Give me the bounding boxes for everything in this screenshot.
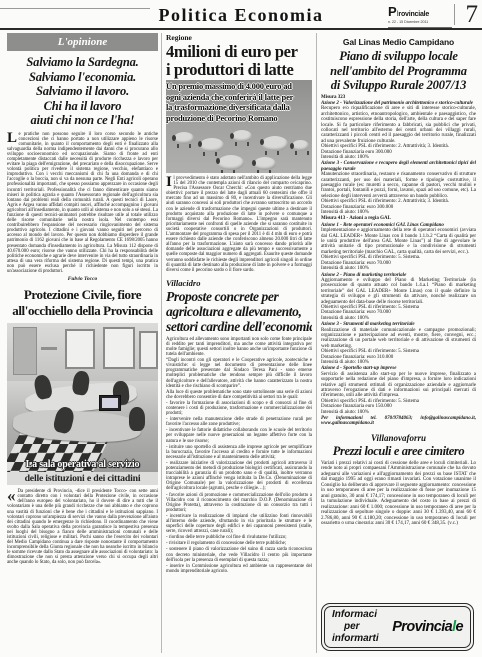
milk-body-text: l provvedimento è stato adottato nell'am… (166, 176, 312, 273)
kicker-villanovaforru: Villanovaforru (321, 433, 476, 443)
masthead-logo: Plrovinciale n. 22 - 15 Dicembre 2011 (388, 4, 452, 28)
gal-segment: Intensità di aiuto: 100% (321, 316, 476, 321)
photo-shape (103, 327, 135, 369)
opinion-label: L'opinione (7, 33, 158, 51)
provinciale-logo: Provinciale (392, 619, 463, 635)
photo-shape (262, 136, 288, 151)
column-middle: Regione 4milioni di euro per i produttor… (166, 33, 312, 653)
logo-text: lrovinciale (397, 11, 429, 18)
issue-date: n. 22 - 15 Dicembre 2011 (388, 21, 452, 25)
photo-shape (254, 157, 276, 170)
header-rule (0, 28, 482, 30)
logo-part: Provincia (392, 619, 452, 635)
photo-shape (232, 130, 252, 142)
gal-headline: Piano di sviluppo locale nell'ambito del… (321, 49, 476, 93)
column-divider (316, 33, 317, 653)
pageno-divider (454, 4, 455, 25)
gal-segment: Intensità di aiuto: 100% (321, 266, 476, 271)
logo-initial: P (388, 4, 397, 19)
kicker-villacidro: Villacidro (166, 278, 312, 288)
paragraph: - incentivare le fattorie didattiche col… (166, 428, 312, 443)
gal-body: Misura 323Azione 2 - Valorizzazione del … (321, 95, 476, 427)
gal-segment: Servizio di assistenza allo start-up per… (321, 372, 476, 399)
photo-shape (292, 140, 309, 151)
byline: Fulvio Tocco (7, 276, 158, 282)
paragraph: - inserire in Commissione agricoltura ed… (166, 564, 312, 574)
paragraph: - rivisitare il regolamento di concessio… (166, 541, 312, 546)
villacidro-headline: Proposte concrete per agricoltura e alle… (166, 289, 312, 334)
kicker-gal: Gal Linas Medio Campidano (321, 37, 476, 47)
paragraph: - intervenire nella manutenzione delle s… (166, 417, 312, 427)
gal-segment: Misura 323 (321, 95, 476, 100)
operations-room-photo: La sala operativa al servizio (7, 323, 158, 472)
gal-segment: Misura 413 - Azioni a regia GAL (321, 216, 476, 221)
paragraph: Alla luce di queste problematiche sono s… (166, 390, 312, 400)
ad-slogan-line2: per informarti (332, 621, 379, 644)
milk-body: Il provvedimento è stato adottato nell'a… (166, 176, 312, 273)
protezione-civile-text: Da presidente di Provincia, -dice il pre… (7, 489, 158, 565)
logo-part: e (456, 619, 463, 635)
gal-segment: Recupero e/o riqualificazione di aree e … (321, 106, 476, 144)
cimitero-body: Variati i prezzi relativi ai costi di ce… (321, 461, 476, 527)
photo-shape (65, 329, 95, 369)
villacidro-body: Agricoltura ed allevamento sono importan… (166, 337, 312, 574)
gal-segment: Azione 3 - Conservazione e recupero degl… (321, 161, 476, 172)
paragraph: - realizzare iniziative di valorizzazion… (166, 461, 312, 492)
gal-segment: Intensità di aiuto: 100% (321, 360, 476, 365)
photo-shape (129, 407, 145, 431)
paragraph: - favorire azioni di promozione e commer… (166, 493, 312, 513)
house-ad-inner: Informaci per informarti Provinciale (324, 606, 471, 648)
cimitero-headline: Prezzi loculi e aree cimitero (321, 444, 476, 458)
protezione-civile-headline: Protezione Civile, fiore all'occhiello d… (7, 287, 158, 318)
gal-segment: Per informazioni tel. 070/9784063; info@… (321, 416, 476, 427)
column-divider (161, 33, 162, 653)
protezione-civile-body: «Da presidente di Provincia, -dice il pr… (7, 489, 158, 565)
paragraph: - istituire uno sportello di assistenza … (166, 445, 312, 460)
column-right: Gal Linas Medio Campidano Piano di svilu… (321, 33, 476, 653)
gal-segment: Implementazione e aggiornamento della re… (321, 228, 476, 255)
sheep-photo: Un premio massimo di 4.000 euro ad ogni … (166, 80, 312, 173)
photo-shape (13, 327, 37, 375)
dropcap: L (7, 132, 19, 145)
photo-shape (218, 155, 244, 170)
paragraph: “Dagli incontri con gli operatori e le C… (166, 358, 312, 389)
quote-icon: « (7, 489, 18, 502)
gal-segment: Aggiornamento e sviluppo del Piano di Ma… (321, 278, 476, 305)
opinion-headline: Salviamo la Sardegna. Salviamo l'economi… (7, 55, 158, 128)
milk-subhead: Un premio massimo di 4.000 euro ad ogni … (166, 81, 293, 123)
photo-shape (99, 395, 121, 411)
paragraph: - riordino delle terre pubbliche col fin… (166, 535, 312, 540)
milk-headline: 4milioni di euro per i produttori di lat… (166, 43, 312, 78)
paragraph: Agricoltura ed allevamento sono importan… (166, 337, 312, 357)
paragraph: - favorire la formazione di associazioni… (166, 401, 312, 416)
gal-segment: Intensità di aiuto: 100% (321, 410, 476, 415)
kicker-regione: Regione (166, 33, 312, 42)
photo-shape (174, 132, 194, 144)
photo-caption-overlay: La sala operativa al servizio (7, 459, 158, 470)
ad-slogan: Informaci per informarti (332, 609, 392, 645)
gal-segment: Intensità di aiuto: 100% (321, 155, 476, 160)
paragraph: - incentivare la realizzazione di impian… (166, 514, 312, 534)
page-number: 7 (466, 1, 479, 29)
paragraph: - sostenere il piano di valorizzazione d… (166, 547, 312, 562)
gal-segment: Realizzazione di materiale comunicaziona… (321, 328, 476, 350)
photo-shape (41, 347, 57, 350)
photo-caption-strip: delle istituzioni e dei cittadini (7, 472, 158, 485)
gal-segment: Intensità di aiuto: 100% (321, 210, 476, 215)
photo-shape (139, 331, 158, 369)
photo-shape (200, 138, 224, 152)
opinion-body: Le pratiche non possono seguire il loro … (7, 132, 158, 275)
gal-segment: Manutenzione straordinaria, restauro e r… (321, 172, 476, 199)
opinion-body-text: e pratiche non possono seguire il loro c… (7, 132, 158, 275)
column-left: L'opinione Salviamo la Sardegna. Salviam… (7, 33, 158, 653)
house-ad: Informaci per informarti Provinciale (321, 603, 474, 651)
newspaper-page: Politica Economia Plrovinciale n. 22 - 1… (0, 0, 482, 657)
ad-slogan-line1: Informaci (332, 609, 377, 620)
